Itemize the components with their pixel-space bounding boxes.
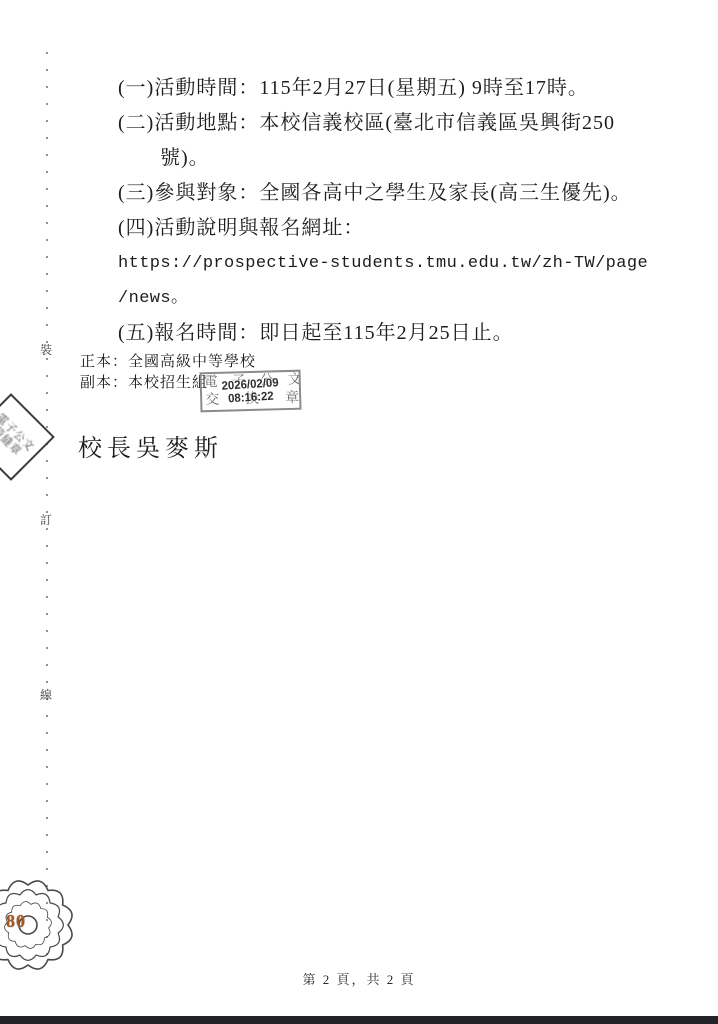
page-joint-seal-text: 電子公文 騎縫章 — [0, 412, 36, 463]
corner-seal-number: 80 — [6, 911, 26, 932]
electronic-exchange-stamp: 電子公文 交換章 2026/02/09 08:16:22 — [199, 370, 301, 413]
exchange-stamp-time: 08:16:22 — [228, 390, 274, 406]
binding-mark-ding: 訂 — [40, 511, 52, 528]
body-line-5: (五)報名時間：即日起至115年2月25日止。 — [118, 316, 678, 351]
body-line-1: (一)活動時間：115年2月27日(星期五) 9時至17時。 — [118, 71, 678, 106]
body-line-2-continued: 號)。 — [160, 141, 678, 176]
page-indicator: 第 2 頁，共 2 頁 — [0, 969, 718, 988]
registration-url-continued[interactable]: /news。 — [118, 281, 678, 316]
binding-dotted-line — [46, 52, 48, 968]
binding-mark-xian: 線 — [40, 686, 52, 703]
principal-signature: 校長吳麥斯 — [78, 428, 223, 463]
letter-body: (一)活動時間：115年2月27日(星期五) 9時至17時。 (二)活動地點：本… — [118, 71, 678, 351]
exchange-stamp-datetime: 2026/02/09 08:16:22 — [203, 370, 297, 412]
document-page: 裝 訂 線 電子公文 騎縫章 (一)活動時間：115年2月27日(星期五) 9時… — [0, 0, 718, 1024]
body-line-4: (四)活動說明與報名網址： — [118, 211, 678, 246]
body-line-3: (三)參與對象：全國各高中之學生及家長(高三生優先)。 — [118, 176, 678, 211]
original-recipient: 正本：全國高級中等學校 — [80, 352, 256, 373]
binding-mark-zhuang: 裝 — [40, 341, 52, 358]
registration-url[interactable]: https://prospective-students.tmu.edu.tw/… — [118, 246, 678, 281]
viewer-bottom-bar — [0, 1016, 718, 1024]
body-line-2: (二)活動地點：本校信義校區(臺北市信義區吳興街250 — [118, 106, 678, 141]
